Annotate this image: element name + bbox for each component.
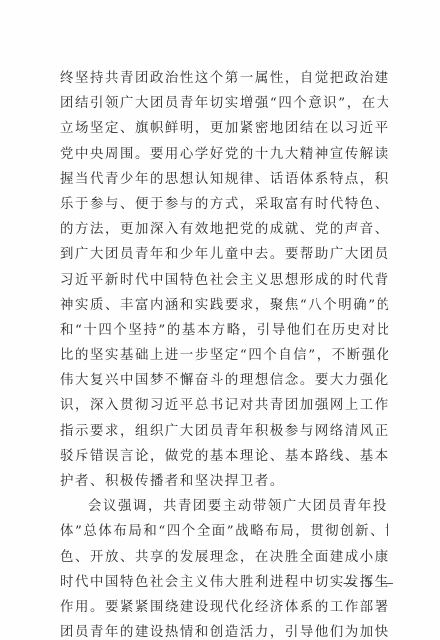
text-line: 习近平新时代中国特色社会主义思想形成的时代背景、历史地位、精 (60, 268, 388, 293)
text-line: 指示要求，组织广大团员青年积极参与网络清风正气，敢于善于 (60, 419, 388, 444)
text-line: 握当代青少年的思想认知规律、话语体系特点，积极探索青少年 (60, 167, 388, 192)
page-number: — 5 — (343, 576, 396, 591)
text-line: 比的坚实基础上进一步坚定“四个自信”，不断强化为实现中华民族 (60, 343, 388, 368)
text-line: 时代中国特色社会主义伟大胜利进程中切实发挥生力军和突击队 (60, 570, 388, 595)
text-line: 体”总体布局和“四个全面”战略布局，贯彻创新、协调、绿 (60, 519, 388, 544)
text-line: 作用。要紧紧围绕建设现代化经济体系的工作部署，进一步激发 (60, 595, 388, 620)
text-line: 识，深入贯彻习近平总书记对共青团加强网上工作的一系列重要 (60, 393, 388, 418)
text-line: 和“十四个坚持”的基本方略，引导他们在历史对比、国际对 (60, 318, 388, 343)
text-line: 到广大团员青年和少年儿童中去。要帮助广大团员青年深刻把握 (60, 242, 388, 267)
text-line: 驳斥错误言论，做党的基本理论、基本路线、基本方略的坚定拥 (60, 444, 388, 469)
text-line: 伟大复兴中国梦不懈奋斗的理想信念。要大力强化责任担当意 (60, 368, 388, 393)
text-line: 团员青年的建设热情和创造活力，引导他们为加快建设创新型国 (60, 620, 388, 640)
text-line: 立场坚定、旗帜鲜明，更加紧密地团结在以习近平同志为核心的 (60, 116, 388, 141)
text-line: 护者、积极传播者和坚决捍卫者。 (60, 469, 388, 494)
paragraph-start-line: 会议强调，共青团要主动带领广大团员青年投身“五位一 (60, 494, 388, 519)
text-line: 团结引领广大团员青年切实增强“四个意识”，在大是大非面前 (60, 91, 388, 116)
text-line: 色、开放、共享的发展理念，在决胜全面建成小康社会、夺取新 (60, 545, 388, 570)
text-line: 的方法，更加深入有效地把党的成就、党的声音、党的主张传递 (60, 217, 388, 242)
text-line: 神实质、丰富内涵和实践要求，聚焦“八个明确”的主要内容 (60, 293, 388, 318)
text-line: 乐于参与、便于参与的方式，采取富有时代特色、体现实践要求 (60, 192, 388, 217)
document-page: 终坚持共青团政治性这个第一属性，自觉把政治建设摆在首位， 团结引领广大团员青年切… (0, 0, 440, 640)
text-line: 终坚持共青团政治性这个第一属性，自觉把政治建设摆在首位， (60, 66, 388, 91)
text-line: 党中央周围。要用心学好党的十九大精神宣传解读工作，注意把 (60, 142, 388, 167)
body-text: 终坚持共青团政治性这个第一属性，自觉把政治建设摆在首位， 团结引领广大团员青年切… (60, 66, 388, 640)
